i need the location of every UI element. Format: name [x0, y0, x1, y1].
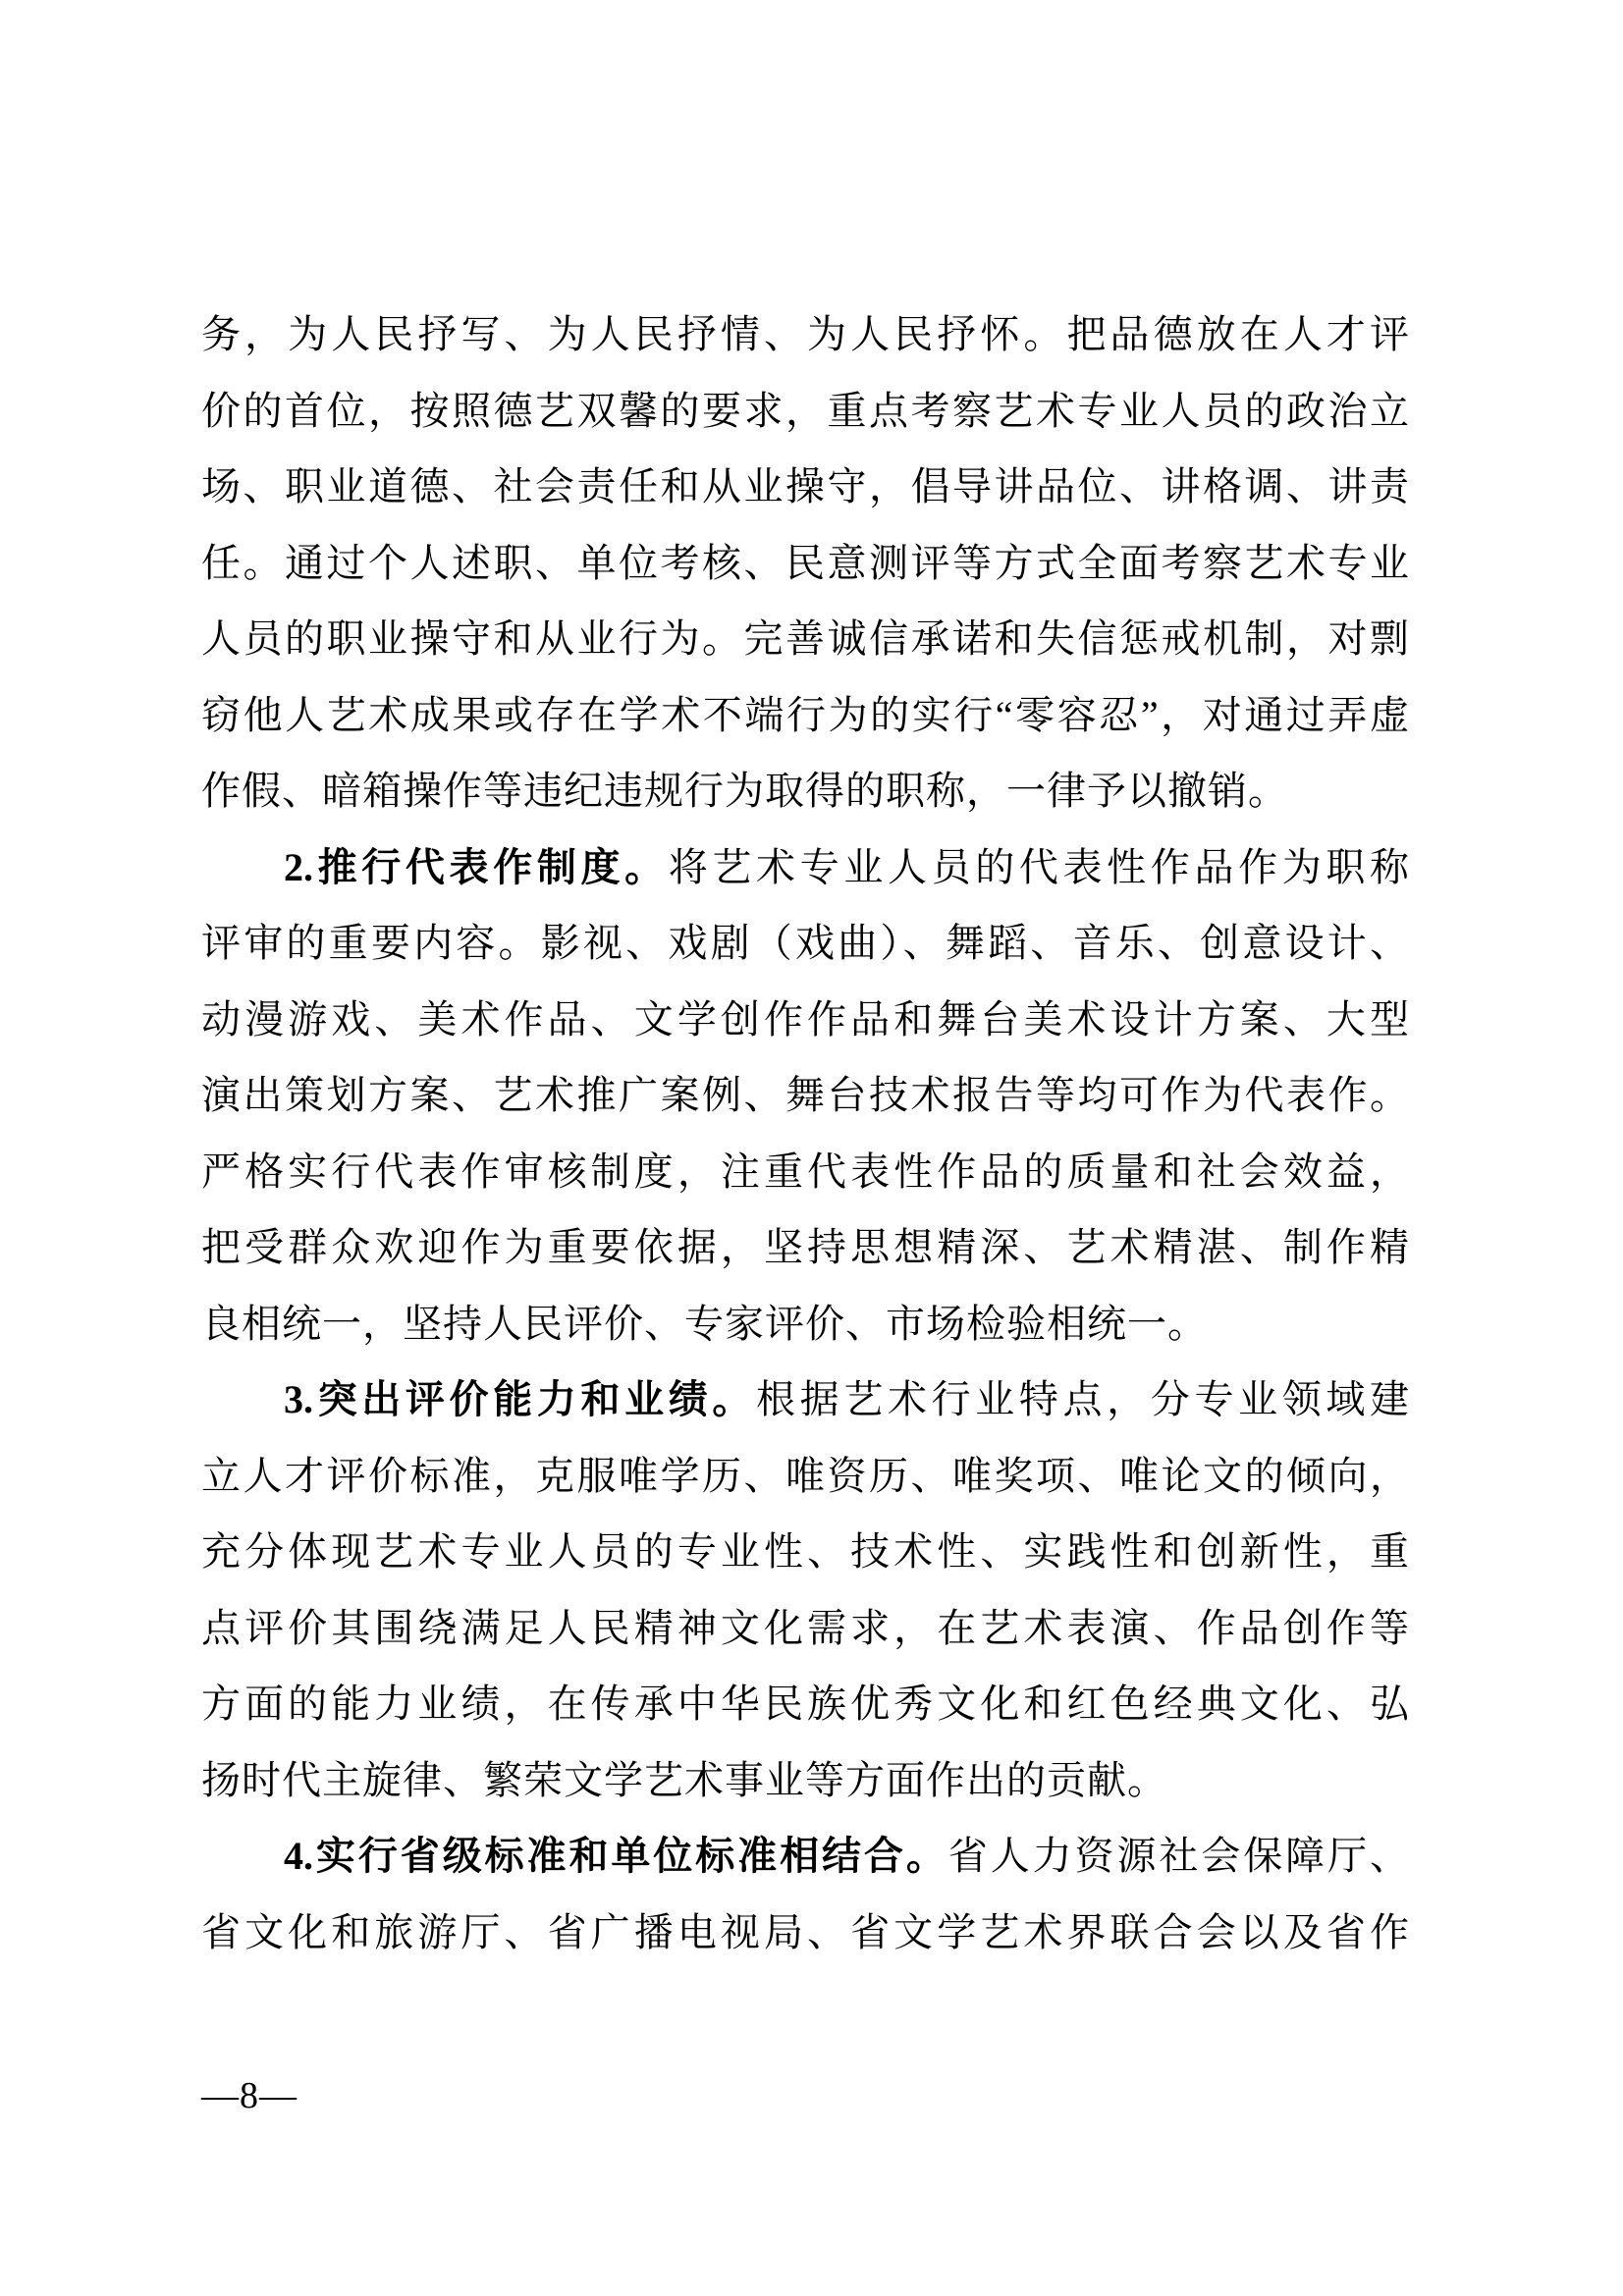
- line-text: 良相统一，坚持人民评价、专家评价、市场检验相统一。: [201, 1302, 1208, 1346]
- body-line: 窃他人艺术成果或存在学术不端行为的实行“零容忍”，对通过弄虚: [201, 677, 1409, 754]
- body-line: 任。通过个人述职、单位考核、民意测评等方式全面考察艺术专业: [201, 525, 1409, 602]
- paragraph-first-line: 2.推行代表作制度。将艺术专业人员的代表性作品作为职称: [201, 829, 1409, 906]
- line-text: 价的首位，按照德艺双馨的要求，重点考察艺术专业人员的政治立: [201, 389, 1409, 433]
- body-line: 务，为人民抒写、为人民抒情、为人民抒怀。把品德放在人才评: [201, 296, 1409, 373]
- body-line: 良相统一，坚持人民评价、专家评价、市场检验相统一。: [201, 1286, 1409, 1362]
- line-text: 场、职业道德、社会责任和从业操守，倡导讲品位、讲格调、讲责: [201, 464, 1409, 508]
- paragraph-heading: 4.实行省级标准和单位标准相结合。: [284, 1834, 948, 1878]
- line-text: 动漫游戏、美术作品、文学创作作品和舞台美术设计方案、大型: [201, 997, 1409, 1041]
- body-line: 扬时代主旋律、繁荣文学艺术事业等方面作出的贡献。: [201, 1742, 1409, 1819]
- paragraph-first-line: 4.实行省级标准和单位标准相结合。省人力资源社会保障厅、: [201, 1818, 1409, 1895]
- body-line: 省文化和旅游厅、省广播电视局、省文学艺术界联合会以及省作: [201, 1895, 1409, 1971]
- document-text-block: 务，为人民抒写、为人民抒情、为人民抒怀。把品德放在人才评 价的首位，按照德艺双馨…: [201, 296, 1409, 1970]
- line-text: 把受群众欢迎作为重要依据，坚持思想精深、艺术精湛、制作精: [201, 1225, 1409, 1269]
- line-text: 作假、暗箱操作等违纪违规行为取得的职称，一律予以撤销。: [201, 769, 1288, 813]
- line-text: 扬时代主旋律、繁荣文学艺术事业等方面作出的贡献。: [201, 1758, 1167, 1802]
- body-line: 动漫游戏、美术作品、文学创作作品和舞台美术设计方案、大型: [201, 982, 1409, 1058]
- body-line: 作假、暗箱操作等违纪违规行为取得的职称，一律予以撤销。: [201, 753, 1409, 829]
- body-line: 立人才评价标准，克服唯学历、唯资历、唯奖项、唯论文的倾向，: [201, 1438, 1409, 1515]
- line-text: 严格实行代表作审核制度，注重代表性作品的质量和社会效益，: [201, 1149, 1409, 1194]
- line-text: 评审的重要内容。影视、戏剧（戏曲）、舞蹈、音乐、创意设计、: [201, 921, 1409, 965]
- body-line: 评审的重要内容。影视、戏剧（戏曲）、舞蹈、音乐、创意设计、: [201, 905, 1409, 982]
- body-line: 演出策划方案、艺术推广案例、舞台技术报告等均可作为代表作。: [201, 1057, 1409, 1134]
- line-text: 点评价其围绕满足人民精神文化需求，在艺术表演、作品创作等: [201, 1606, 1409, 1650]
- page-number: —8—: [201, 2073, 298, 2118]
- line-text: 方面的能力业绩，在传承中华民族优秀文化和红色经典文化、弘: [201, 1682, 1409, 1726]
- body-line: 价的首位，按照德艺双馨的要求，重点考察艺术专业人员的政治立: [201, 373, 1409, 450]
- line-text: 立人才评价标准，克服唯学历、唯资历、唯奖项、唯论文的倾向，: [201, 1454, 1409, 1498]
- line-text: 充分体现艺术专业人员的专业性、技术性、实践性和创新性，重: [201, 1529, 1409, 1574]
- body-line: 点评价其围绕满足人民精神文化需求，在艺术表演、作品创作等: [201, 1590, 1409, 1667]
- paragraph-heading: 3.突出评价能力和业绩。: [284, 1377, 756, 1421]
- body-line: 人员的职业操守和从业行为。完善诚信承诺和失信惩戒机制，对剽: [201, 601, 1409, 677]
- body-line: 严格实行代表作审核制度，注重代表性作品的质量和社会效益，: [201, 1134, 1409, 1210]
- line-text: 省文化和旅游厅、省广播电视局、省文学艺术界联合会以及省作: [201, 1910, 1409, 1954]
- line-text: 演出策划方案、艺术推广案例、舞台技术报告等均可作为代表作。: [201, 1073, 1409, 1117]
- document-page: 务，为人民抒写、为人民抒情、为人民抒怀。把品德放在人才评 价的首位，按照德艺双馨…: [0, 0, 1623, 2296]
- line-text: 将艺术专业人员的代表性作品作为职称: [669, 845, 1409, 889]
- paragraph-first-line: 3.突出评价能力和业绩。根据艺术行业特点，分专业领域建: [201, 1362, 1409, 1438]
- body-line: 方面的能力业绩，在传承中华民族优秀文化和红色经典文化、弘: [201, 1666, 1409, 1742]
- paragraph-heading: 2.推行代表作制度。: [284, 845, 669, 889]
- line-text: 窃他人艺术成果或存在学术不端行为的实行“零容忍”，对通过弄虚: [201, 693, 1409, 737]
- line-text: 任。通过个人述职、单位考核、民意测评等方式全面考察艺术专业: [201, 541, 1409, 585]
- line-text: 务，为人民抒写、为人民抒情、为人民抒怀。把品德放在人才评: [201, 312, 1409, 356]
- line-text: 省人力资源社会保障厅、: [948, 1834, 1409, 1878]
- body-line: 场、职业道德、社会责任和从业操守，倡导讲品位、讲格调、讲责: [201, 449, 1409, 525]
- body-line: 把受群众欢迎作为重要依据，坚持思想精深、艺术精湛、制作精: [201, 1209, 1409, 1286]
- line-text: 根据艺术行业特点，分专业领域建: [756, 1377, 1409, 1421]
- body-line: 充分体现艺术专业人员的专业性、技术性、实践性和创新性，重: [201, 1514, 1409, 1590]
- line-text: 人员的职业操守和从业行为。完善诚信承诺和失信惩戒机制，对剽: [201, 616, 1409, 661]
